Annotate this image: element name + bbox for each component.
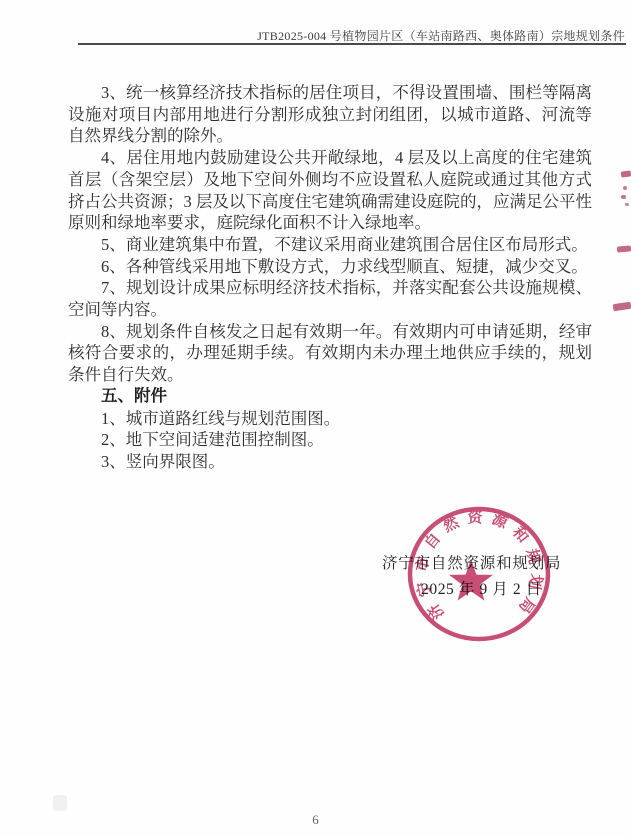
paragraph-5: 5、商业建筑集中布置，不建议采用商业建筑围合居住区布局形式。 [68,234,592,256]
red-edge-mark [621,195,626,199]
red-edge-mark [617,245,631,252]
red-edge-mark [625,203,629,206]
page-number: 6 [0,812,631,828]
seal-star-icon [449,559,493,601]
paragraph-3: 3、统一核算经济技术指标的居住项目，不得设置围墙、围栏等隔离设施对项目内部用地进… [68,82,592,147]
attachments-heading: 五、附件 [68,386,592,408]
scan-smudge [53,795,67,811]
official-seal: 济宁市自然资源和规划局 [405,505,555,645]
paragraph-8: 8、规划条件自核发之日起有效期一年。有效期内可申请延期，经审核符合要求的，办理延… [68,321,592,386]
red-edge-mark [623,186,627,190]
paragraph-6: 6、各种管线采用地下敷设方式，力求线型顺直、短捷，减少交叉。 [68,256,592,278]
header-rule [78,43,626,45]
attachment-item-3: 3、竖向界限图。 [68,451,592,473]
red-edge-mark [621,170,631,177]
paragraph-7: 7、规划设计成果应标明经济技术指标，并落实配套公共设施规模、空间等内容。 [68,277,592,320]
attachment-item-2: 2、地下空间适建范围控制图。 [68,429,592,451]
seal-ring [410,509,548,639]
document-body: 3、统一核算经济技术指标的居住项目，不得设置围墙、围栏等隔离设施对项目内部用地进… [68,82,592,473]
document-page: JTB2025-004 号植物园片区（车站南路西、奥体路南）宗地规划条件 3、统… [0,0,631,836]
red-edge-mark [613,302,631,311]
paragraph-4: 4、居住用地内鼓励建设公共开敞绿地，4 层及以上高度的住宅建筑首层（含架空层）及… [68,147,592,234]
attachment-item-1: 1、城市道路红线与规划范围图。 [68,408,592,430]
document-header: JTB2025-004 号植物园片区（车站南路西、奥体路南）宗地规划条件 [257,27,625,44]
